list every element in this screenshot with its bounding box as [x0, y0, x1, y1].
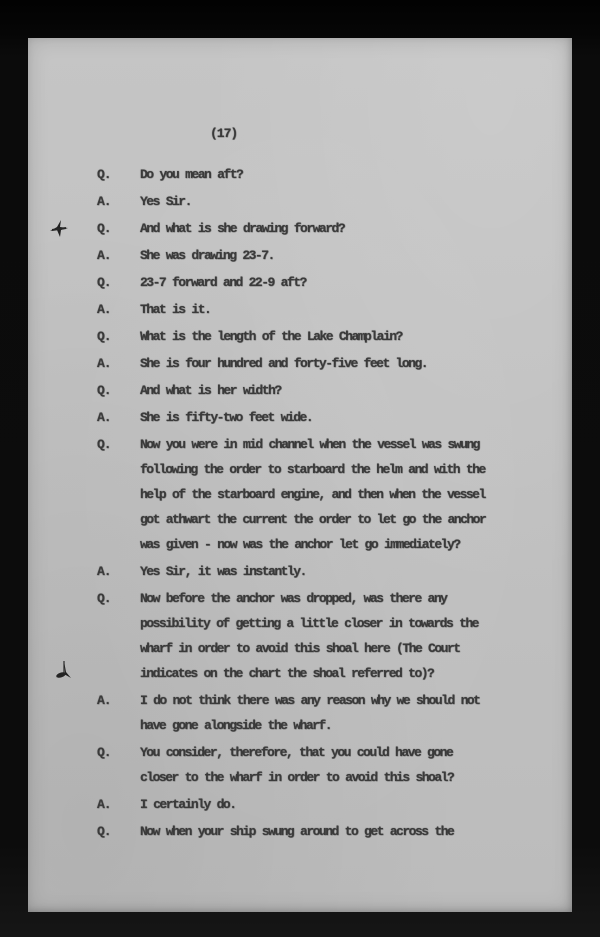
qa-text: And what is her width? — [140, 378, 486, 403]
speaker-label: Q. — [97, 740, 140, 765]
qa-row: A. I do not think there was any reason w… — [97, 688, 517, 738]
speaker-label: A. — [97, 297, 140, 322]
speaker-label: A. — [97, 792, 140, 817]
ink-blot-star-icon — [52, 660, 76, 686]
speaker-label: Q. — [97, 162, 140, 187]
qa-text: Now before the anchor was dropped, was t… — [140, 586, 486, 686]
qa-text: What is the length of the Lake Champlain… — [140, 324, 486, 349]
speaker-label: Q. — [97, 586, 140, 611]
qa-row: Q. Do you mean aft? — [97, 162, 517, 187]
qa-text: Yes Sir, it was instantly. — [140, 559, 486, 584]
speaker-label: A. — [97, 405, 140, 430]
qa-row: A. Yes Sir. — [97, 189, 517, 214]
speaker-label: Q. — [97, 432, 140, 457]
document-page: (17) Q. Do you mean aft? — [28, 38, 572, 912]
speaker-label: A. — [97, 688, 140, 713]
qa-text: Now you were in mid channel when the ves… — [140, 432, 486, 557]
qa-row: Q. Now you were in mid channel when the … — [97, 432, 517, 557]
qa-row: Q. Now before the anchor was dropped, wa… — [97, 586, 517, 686]
page-number: (17) — [210, 126, 237, 141]
qa-text: Now when your ship swung around to get a… — [140, 819, 486, 844]
qa-text: You consider, therefore, that you could … — [140, 740, 486, 790]
speaker-label: Q. — [97, 216, 140, 241]
qa-text: And what is she drawing forward? — [140, 216, 486, 241]
ink-blot-arrow-icon — [48, 218, 70, 240]
qa-text: I do not think there was any reason why … — [140, 688, 486, 738]
qa-text: She was drawing 23-7. — [140, 243, 486, 268]
qa-row: Q. What is the length of the Lake Champl… — [97, 324, 517, 349]
speaker-label: Q. — [97, 819, 140, 844]
speaker-label: Q. — [97, 270, 140, 295]
qa-text: Yes Sir. — [140, 189, 486, 214]
qa-row: Q. You consider, therefore, that you cou… — [97, 740, 517, 790]
qa-text: 23-7 forward and 22-9 aft? — [140, 270, 486, 295]
qa-row: Q. And what is she drawing forward? — [97, 216, 517, 241]
qa-row: A. That is it. — [97, 297, 517, 322]
qa-row: A. She is fifty-two feet wide. — [97, 405, 517, 430]
qa-text: That is it. — [140, 297, 486, 322]
qa-row: Q. And what is her width? — [97, 378, 517, 403]
qa-text: Do you mean aft? — [140, 162, 486, 187]
qa-row: A. She is four hundred and forty-five fe… — [97, 351, 517, 376]
qa-row: Q. 23-7 forward and 22-9 aft? — [97, 270, 517, 295]
qa-row: Q. Now when your ship swung around to ge… — [97, 819, 517, 844]
qa-row: A. I certainly do. — [97, 792, 517, 817]
speaker-label: A. — [97, 189, 140, 214]
qa-text: She is fifty-two feet wide. — [140, 405, 486, 430]
qa-transcript: Q. Do you mean aft? A. Yes Sir. Q. And w… — [97, 162, 517, 846]
qa-text: I certainly do. — [140, 792, 486, 817]
qa-text: She is four hundred and forty-five feet … — [140, 351, 486, 376]
speaker-label: Q. — [97, 324, 140, 349]
speaker-label: A. — [97, 559, 140, 584]
speaker-label: Q. — [97, 378, 140, 403]
qa-row: A. She was drawing 23-7. — [97, 243, 517, 268]
speaker-label: A. — [97, 243, 140, 268]
qa-row: A. Yes Sir, it was instantly. — [97, 559, 517, 584]
speaker-label: A. — [97, 351, 140, 376]
photo-background: (17) Q. Do you mean aft? — [0, 0, 600, 937]
